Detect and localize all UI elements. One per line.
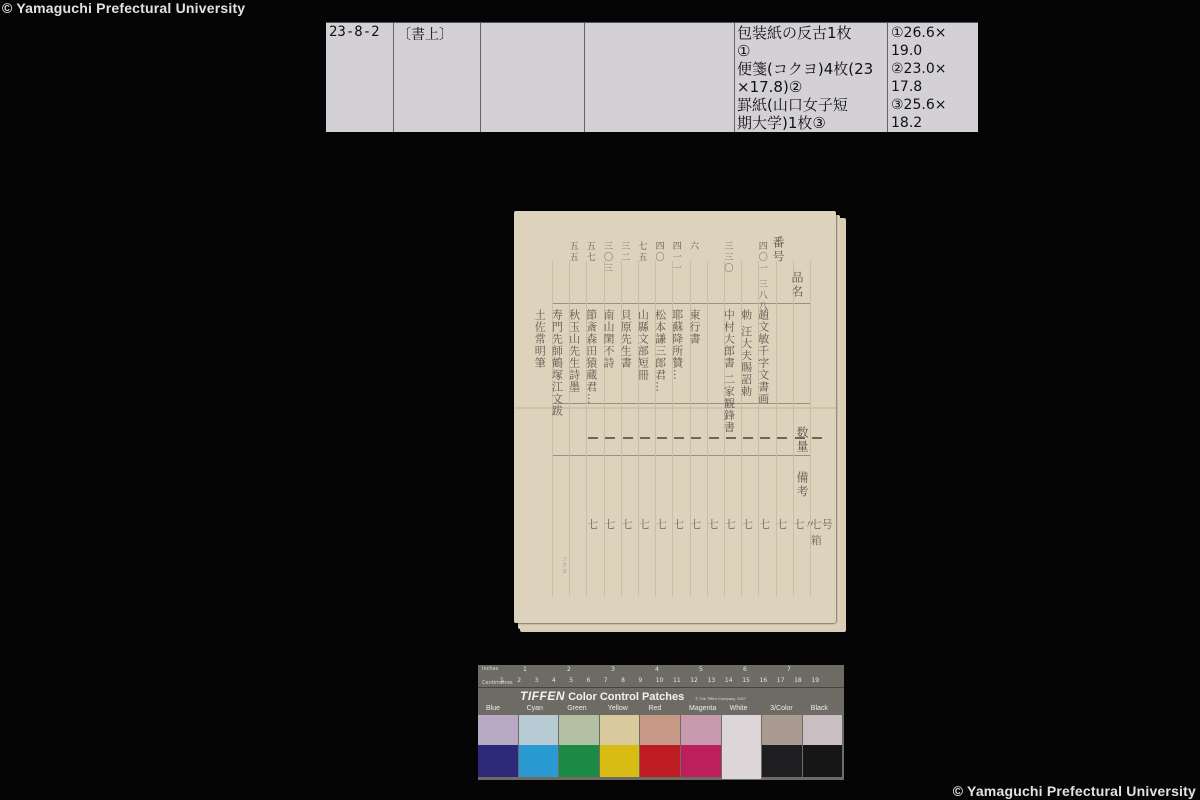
row-qty-mark	[623, 437, 633, 439]
tiffen-logo: TIFFEN	[520, 689, 565, 703]
copyright-watermark-top: © Yamaguchi Prefectural University	[2, 0, 245, 16]
row-note: 七〃	[794, 516, 816, 532]
row-item-name: 土佐常明筆	[531, 309, 547, 369]
patch-3-color-light	[762, 715, 802, 745]
divider	[552, 455, 810, 456]
row-qty-mark	[588, 437, 598, 439]
chart-copyright: © The Tiffen Company, 2007	[695, 696, 746, 701]
ruler-cm-mark: 17	[777, 677, 785, 684]
ruler-cm-mark: 18	[794, 677, 802, 684]
description-line: ×17.8)②	[737, 78, 884, 96]
row-qty-mark	[657, 437, 667, 439]
patch-label: Red	[648, 705, 661, 712]
row-qty-mark	[674, 437, 684, 439]
row-item-name: 東行書	[686, 309, 702, 345]
patch-yellow-dark	[600, 745, 640, 777]
ruler-cm-mark: 2	[517, 677, 521, 684]
row-qty-mark	[691, 437, 701, 439]
patch-label: White	[730, 705, 748, 712]
ruler-cm-mark: 9	[638, 677, 642, 684]
row-number: 六	[687, 241, 700, 252]
patch-magenta-dark	[681, 745, 721, 777]
ruler-inch-mark: 2	[567, 666, 571, 673]
row-note: 七	[759, 516, 770, 532]
row-qty-mark	[726, 437, 736, 439]
description-line: 罫紙(山口女子短	[737, 96, 884, 114]
patch-blue-dark	[478, 745, 518, 777]
row-item-name: 趙文敏千字文書画	[755, 309, 771, 405]
copyright-watermark-bottom: © Yamaguchi Prefectural University	[953, 783, 1196, 799]
patch-label: Magenta	[689, 705, 716, 712]
ruler-inch-mark: 1	[523, 666, 527, 673]
archive-label-card: 23-8-2 〔書上〕 包装紙の反古1枚 ① 便箋(コクヨ)4枚(23 ×17.…	[326, 22, 978, 132]
row-note: 七	[673, 516, 684, 532]
ruler-inch-mark: 7	[787, 666, 791, 673]
row-item-name: 節斎森田猿蔵君…	[583, 309, 599, 405]
size-line: ①26.6×	[891, 24, 975, 42]
chart-title: Color Control Patches	[568, 691, 684, 703]
patch-label: Green	[567, 705, 586, 712]
row-number: 三〇三	[601, 241, 614, 274]
row-number: 四一一	[670, 241, 683, 274]
header-number: 番号	[770, 236, 787, 264]
ruler-inch-mark: 6	[743, 666, 747, 673]
patch-label: Cyan	[527, 705, 543, 712]
page-marker: コクヨ	[559, 556, 568, 574]
row-item-name: 中村大郎書 二家観鋒書	[720, 309, 736, 434]
row-note: 七	[742, 516, 753, 532]
patch-green-dark	[559, 745, 599, 777]
row-number: 七五	[635, 241, 648, 263]
label-col3	[481, 23, 585, 132]
patch-red-dark	[640, 745, 680, 777]
ruler-cm-mark: 10	[656, 677, 664, 684]
size-line: 18.2	[891, 114, 975, 132]
patch-3-color-dark	[762, 745, 802, 777]
size-line: 17.8	[891, 78, 975, 96]
row-number: 四〇一 三八八	[756, 241, 769, 312]
ruler-inch-mark: 3	[611, 666, 615, 673]
ruler-cm-mark: 5	[569, 677, 573, 684]
row-note: 七	[656, 516, 667, 532]
row-qty-mark	[795, 437, 805, 439]
patch-label: Blue	[486, 705, 500, 712]
ruler-cm-mark: 4	[552, 677, 556, 684]
row-item-name: 耶蘇降所贊…	[669, 309, 685, 381]
patch-green-light	[559, 715, 599, 745]
ruler: Inches Centimetres 123456789101112131415…	[478, 665, 844, 688]
patch-cyan-light	[519, 715, 559, 745]
ruler-cm-mark: 7	[604, 677, 608, 684]
row-item-name: 寿門先師鶴塚江文跋	[548, 309, 564, 417]
description-line: 期大学)1枚③	[737, 114, 884, 132]
patch-red-light	[640, 715, 680, 745]
size-line: ②23.0×	[891, 60, 975, 78]
chart-brand: TIFFEN Color Control Patches © The Tiffe…	[520, 689, 746, 703]
description-line: 包装紙の反古1枚	[737, 24, 884, 42]
row-note: 七	[708, 516, 719, 532]
row-item-name: 松本謙三郎君…	[652, 309, 668, 393]
row-item-name: 勅 汪大夫賜詔勅	[738, 309, 754, 398]
row-item-name: 南山閑不詩	[600, 309, 616, 369]
color-control-chart: Inches Centimetres 123456789101112131415…	[478, 665, 844, 780]
patch-white-light	[722, 715, 762, 779]
ruler-cm-mark: 15	[742, 677, 750, 684]
row-note: 七	[639, 516, 650, 532]
patch-label: Yellow	[608, 705, 628, 712]
row-qty-mark	[605, 437, 615, 439]
row-note: 七	[587, 516, 598, 532]
size-line: 19.0	[891, 42, 975, 60]
ruler-cm-mark: 6	[587, 677, 591, 684]
ruler-cm-label: Centimetres	[482, 680, 513, 686]
row-note: 七	[725, 516, 736, 532]
row-note: 七	[622, 516, 633, 532]
row-item-name: 山縣文部短冊	[634, 309, 650, 381]
ruler-cm-mark: 3	[535, 677, 539, 684]
row-number: 三三〇	[721, 241, 734, 274]
description-line: 便箋(コクヨ)4枚(23	[737, 60, 884, 78]
ruler-inches-label: Inches	[482, 666, 498, 672]
row-number: 五七	[584, 241, 597, 263]
ruler-cm-mark: 13	[708, 677, 716, 684]
row-note: 七	[776, 516, 787, 532]
patch-black-dark	[803, 745, 843, 777]
label-title: 〔書上〕	[394, 23, 481, 132]
row-note: 七	[604, 516, 615, 532]
patch-labels: BlueCyanGreenYellowRedMagentaWhite3/Colo…	[478, 705, 844, 715]
size-line: ③25.6×	[891, 96, 975, 114]
patch-yellow-light	[600, 715, 640, 745]
row-qty-mark	[812, 437, 822, 439]
patch-blue-light	[478, 715, 518, 745]
label-description: 包装紙の反古1枚 ① 便箋(コクヨ)4枚(23 ×17.8)② 罫紙(山口女子短…	[735, 23, 888, 132]
divider	[552, 303, 810, 304]
label-sizes: ①26.6× 19.0 ②23.0× 17.8 ③25.6× 18.2	[888, 23, 978, 132]
description-line: ①	[737, 42, 884, 60]
patch-label: Black	[811, 705, 828, 712]
ruler-inch-mark: 5	[699, 666, 703, 673]
patch-cyan-dark	[519, 745, 559, 777]
ruler-cm-mark: 16	[760, 677, 768, 684]
ruler-cm-mark: 12	[690, 677, 698, 684]
header-note: 備考	[794, 471, 811, 499]
ruler-cm-mark: 19	[811, 677, 819, 684]
rule-line	[707, 261, 708, 596]
row-qty-mark	[777, 437, 787, 439]
row-number: 三二	[618, 241, 631, 263]
header-name: 品名	[789, 271, 806, 299]
row-qty-mark	[709, 437, 719, 439]
rule-line	[776, 261, 777, 596]
row-qty-mark	[743, 437, 753, 439]
row-number: 五五	[567, 241, 580, 263]
ruler-inch-mark: 4	[655, 666, 659, 673]
patch-black-light	[803, 715, 843, 745]
patch-label: 3/Color	[770, 705, 793, 712]
ruler-cm-mark: 8	[621, 677, 625, 684]
header-qty: 数量	[794, 426, 811, 454]
row-qty-mark	[640, 437, 650, 439]
row-item-name: 秋玉山先生詩墨	[566, 309, 582, 393]
row-qty-mark	[760, 437, 770, 439]
row-number: 四〇	[653, 241, 666, 263]
label-id: 23-8-2	[326, 23, 394, 132]
label-col4	[585, 23, 735, 132]
row-note: 七	[690, 516, 701, 532]
handwritten-inventory-sheet: 番号 品名 数量 備考 四〇一 三八八趙文敏千字文書画七号箱勅 汪大夫賜詔勅七〃…	[514, 211, 836, 623]
ruler-cm-mark: 11	[673, 677, 681, 684]
patch-magenta-light	[681, 715, 721, 745]
ruler-cm-mark: 14	[725, 677, 733, 684]
row-item-name: 貝原先生書	[617, 309, 633, 369]
ruler-cm-mark: 1	[500, 677, 504, 684]
